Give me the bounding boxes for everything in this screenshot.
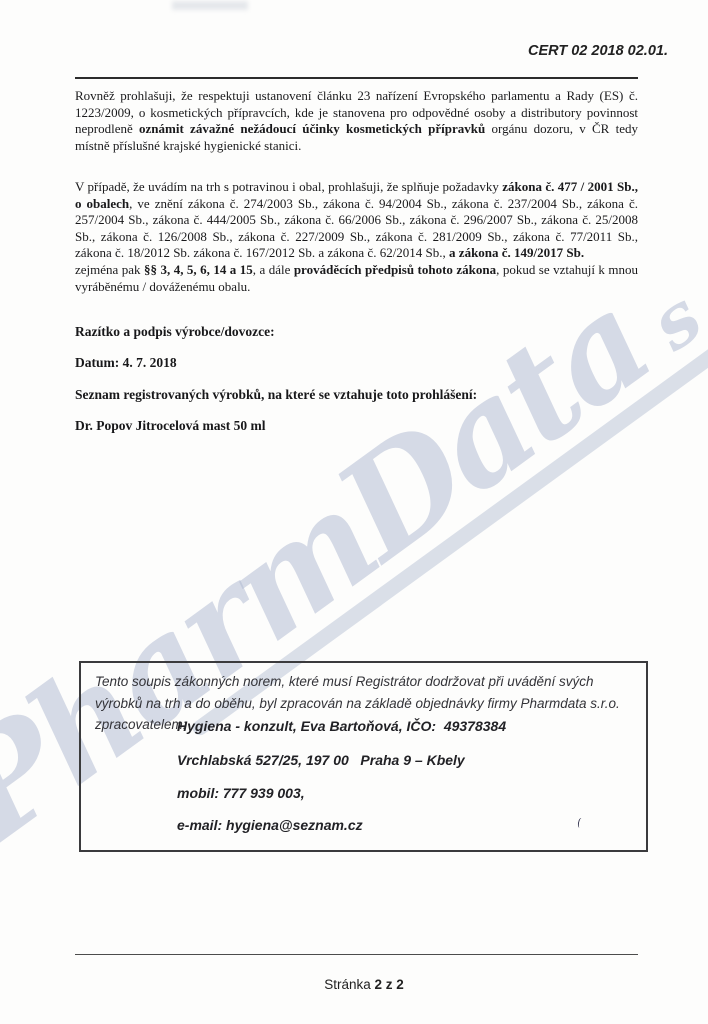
paragraph-eu-regulation: Rovněž prohlašuji, že respektuji ustanov…: [75, 88, 638, 154]
registrar-mobile-line: mobil: 777 939 003,: [177, 785, 305, 801]
page-number-value: 2 z 2: [375, 977, 404, 992]
scope-sections-bold: §§ 3, 4, 5, 6, 14 a 15: [144, 262, 253, 277]
header-divider-line: [75, 77, 638, 79]
scope-text-2: , a dále: [253, 262, 294, 277]
paragraph-eu-regulation-bold: oznámit závažné nežádoucí účinky kosmeti…: [139, 121, 485, 136]
packaging-law-scope: zejména pak §§ 3, 4, 5, 6, 14 a 15, a dá…: [75, 262, 638, 295]
footer-divider-line: [75, 954, 638, 955]
registered-products-heading: Seznam registrovaných výrobků, na které …: [75, 387, 638, 403]
packaging-law-citations: V případě, že uvádím na trh s potravinou…: [75, 179, 638, 262]
scan-stray-mark: [577, 818, 584, 829]
registrar-email-line: e-mail: hygiena@seznam.cz: [177, 817, 363, 833]
registrar-company-line: Hygiena - konzult, Eva Bartoňová, IČO: 4…: [177, 718, 506, 734]
watermark-suffix: s.r.o.: [634, 176, 708, 366]
scanned-document-page: PharmData s.r.o. CERT 02 2018 02.01. Rov…: [0, 0, 708, 1024]
product-name: Dr. Popov Jitrocelová mast 50 ml: [75, 418, 638, 434]
paragraph-packaging-law: V případě, že uvádím na trh s potravinou…: [75, 179, 638, 295]
page-number-label: Stránka: [324, 977, 374, 992]
document-reference-code: CERT 02 2018 02.01.: [528, 43, 668, 59]
registrar-address-line: Vrchlabská 527/25, 197 00 Praha 9 – Kbel…: [177, 752, 465, 768]
registrar-info-box: Tento soupis zákonných norem, které musí…: [79, 661, 648, 852]
stamp-signature-line: Razítko a podpis výrobce/dovozce:: [75, 324, 638, 340]
packaging-law-bold-2: a zákona č. 149/2017 Sb.: [449, 245, 584, 260]
scope-text-1: zejména pak: [75, 262, 144, 277]
scope-regulations-bold: prováděcích předpisů tohoto zákona: [294, 262, 496, 277]
date-line: Datum: 4. 7. 2018: [75, 355, 638, 371]
page-number-footer: Stránka 2 z 2: [75, 962, 638, 1007]
packaging-law-text: V případě, že uvádím na trh s potravinou…: [75, 179, 502, 194]
scan-smudge: [172, 1, 248, 10]
